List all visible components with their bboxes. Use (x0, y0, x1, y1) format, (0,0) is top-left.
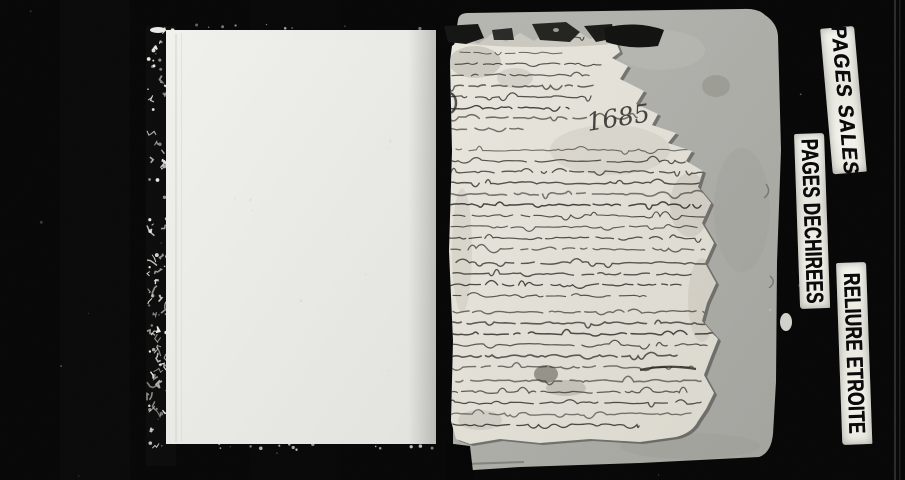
label-pages-dechirees: PAGES DECHIREES (794, 133, 830, 309)
film-grain-overlay (0, 0, 905, 480)
label-reliure-etroite: RELIURE ETROITE (836, 262, 872, 445)
label-reliure-etroite-text: RELIURE ETROITE (838, 273, 870, 435)
register-scan: 1685 (0, 0, 905, 480)
label-pages-dechirees-text: PAGES DECHIREES (795, 138, 828, 304)
microfilm-frame: 1685 PAGES SALES PAGES DECHIREES RELIURE (0, 0, 905, 480)
